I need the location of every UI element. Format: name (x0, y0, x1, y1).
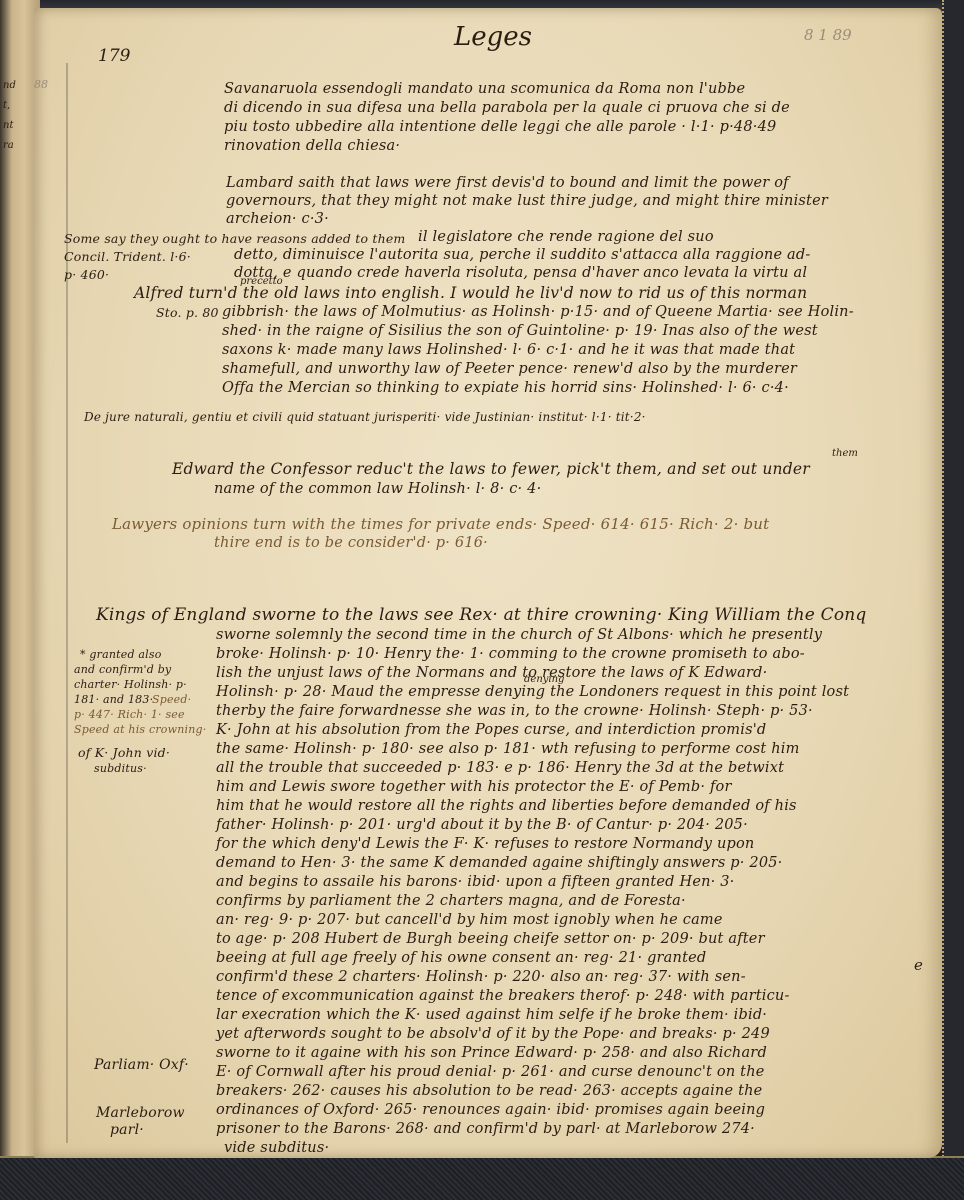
left-edge-fragment: ra (3, 140, 14, 152)
text-line: lar execration which the K· used against… (216, 1006, 767, 1024)
text-line: il legislatore che rende ragione del suo (418, 228, 714, 246)
text-line: rinovation della chiesa· (224, 137, 400, 155)
insertion-note: them (832, 448, 858, 459)
text-line: Kings of England sworne to the laws see … (96, 606, 867, 624)
text-line: the same· Holinsh· p· 180· see also p· 1… (216, 740, 800, 758)
text-line: Savanaruola essendogli mandato una scomu… (224, 80, 745, 98)
text-line: governours, that they might not make lus… (226, 192, 828, 210)
text-line: sworne solemnly the second time in the c… (216, 626, 822, 644)
text-line: demand to Hen· 3· the same K demanded ag… (216, 854, 782, 872)
binding-right-edge (942, 0, 964, 1200)
faint-page-number: 88 (34, 78, 48, 91)
margin-note-parliament-oxford: Parliam· Oxf· (94, 1056, 189, 1074)
text-line: lish the unjust laws of the Normans and … (216, 664, 767, 682)
margin-note: Sto. p. 80 (156, 304, 219, 322)
gutter-fold-line (66, 63, 68, 1143)
text-line: Offa the Mercian so thinking to expiate … (222, 379, 789, 397)
margin-note: p· 460· (64, 266, 109, 284)
page-title: Leges (454, 22, 532, 52)
text-line: Lawyers opinions turn with the times for… (112, 515, 769, 533)
text-line: Alfred turn'd the old laws into english.… (134, 284, 807, 302)
text-line: and begins to assaile his barons· ibid· … (216, 873, 735, 891)
text-line: di dicendo in sua difesa una bella parab… (224, 99, 790, 117)
left-edge-fragment: nd (3, 80, 16, 92)
text-line: beeing at full age freely of his owne co… (216, 949, 706, 967)
text-line: De jure naturali, gentiu et civili quid … (84, 408, 646, 426)
text-line: an· reg· 9· p· 207· but cancell'd by him… (216, 911, 723, 929)
text-line: piu tosto ubbedire alla intentione delle… (224, 118, 776, 136)
text-line: therby the faire forwardnesse she was in… (216, 702, 813, 720)
text-line: breakers· 262· causes his absolution to … (216, 1082, 762, 1100)
text-line: broke· Holinsh· p· 10· Henry the· 1· com… (216, 645, 805, 663)
margin-note: Concil. Trident. l·6· (64, 248, 191, 266)
text-line: saxons k· made many laws Holinshed· l· 6… (222, 341, 795, 359)
left-edge-fragment: nt (3, 120, 13, 132)
text-line: prisoner to the Barons· 268· and confirm… (216, 1120, 755, 1138)
text-line: thire end is to be consider'd· p· 616· (214, 534, 488, 552)
text-line: sworne to it againe with his son Prince … (216, 1044, 767, 1062)
text-line: to age· p· 208 Hubert de Burgh beeing ch… (216, 930, 765, 948)
manuscript-page: Leges 179 8 1 89 88 Savanaruola essendog… (34, 8, 942, 1158)
text-line: for the which deny'd Lewis the F· K· ref… (216, 835, 754, 853)
text-line: archeion· c·3· (226, 210, 329, 228)
insertion-note: e (914, 956, 923, 974)
text-line: Holinsh· p· 28· Maud the empresse denyin… (216, 683, 849, 701)
page-number-right: 8 1 89 (804, 26, 852, 44)
text-line: him and Lewis swore together with his pr… (216, 778, 732, 796)
text-line: him that he would restore all the rights… (216, 797, 797, 815)
page-number-left: 179 (98, 46, 130, 66)
text-line: confirm'd these 2 charters· Holinsh· p· … (216, 968, 746, 986)
text-line: Lambard saith that laws were first devis… (226, 174, 789, 192)
text-line: shed· in the raigne of Sisilius the son … (222, 322, 818, 340)
text-line: confirms by parliament the 2 charters ma… (216, 892, 686, 910)
binding-bottom (0, 1156, 964, 1200)
text-line: Edward the Confessor reduc't the laws to… (172, 460, 810, 478)
text-line: name of the common law Holinsh· l· 8· c·… (214, 480, 541, 498)
text-line: yet afterwords sought to be absolv'd of … (216, 1025, 770, 1043)
text-line: gibbrish· the laws of Molmutius· as Holi… (222, 303, 854, 321)
text-line: shamefull, and unworthy law of Peeter pe… (222, 360, 797, 378)
text-line: dotta, e quando crede haverla risoluta, … (234, 264, 807, 282)
text-line: vide subditus· (224, 1139, 329, 1157)
text-line: detto, diminuisce l'autorita sua, perche… (234, 246, 810, 264)
left-edge-fragment: t, (3, 100, 10, 112)
text-line: father· Holinsh· p· 201· urg'd about it … (216, 816, 748, 834)
text-line: ordinances of Oxford· 265· renounces aga… (216, 1101, 765, 1119)
margin-note-marleborow: parl· (110, 1121, 144, 1139)
margin-note: Speed at his crowning· (74, 721, 206, 739)
text-line: K· John at his absolution from the Popes… (216, 721, 766, 739)
text-line: all the trouble that succeeded p· 183· e… (216, 759, 784, 777)
text-line: E· of Cornwall after his proud denial· p… (216, 1063, 765, 1081)
text-line: tence of excommunication against the bre… (216, 987, 790, 1005)
margin-note-marleborow: Marleborow (96, 1104, 185, 1122)
margin-note: subditus· (94, 760, 147, 778)
